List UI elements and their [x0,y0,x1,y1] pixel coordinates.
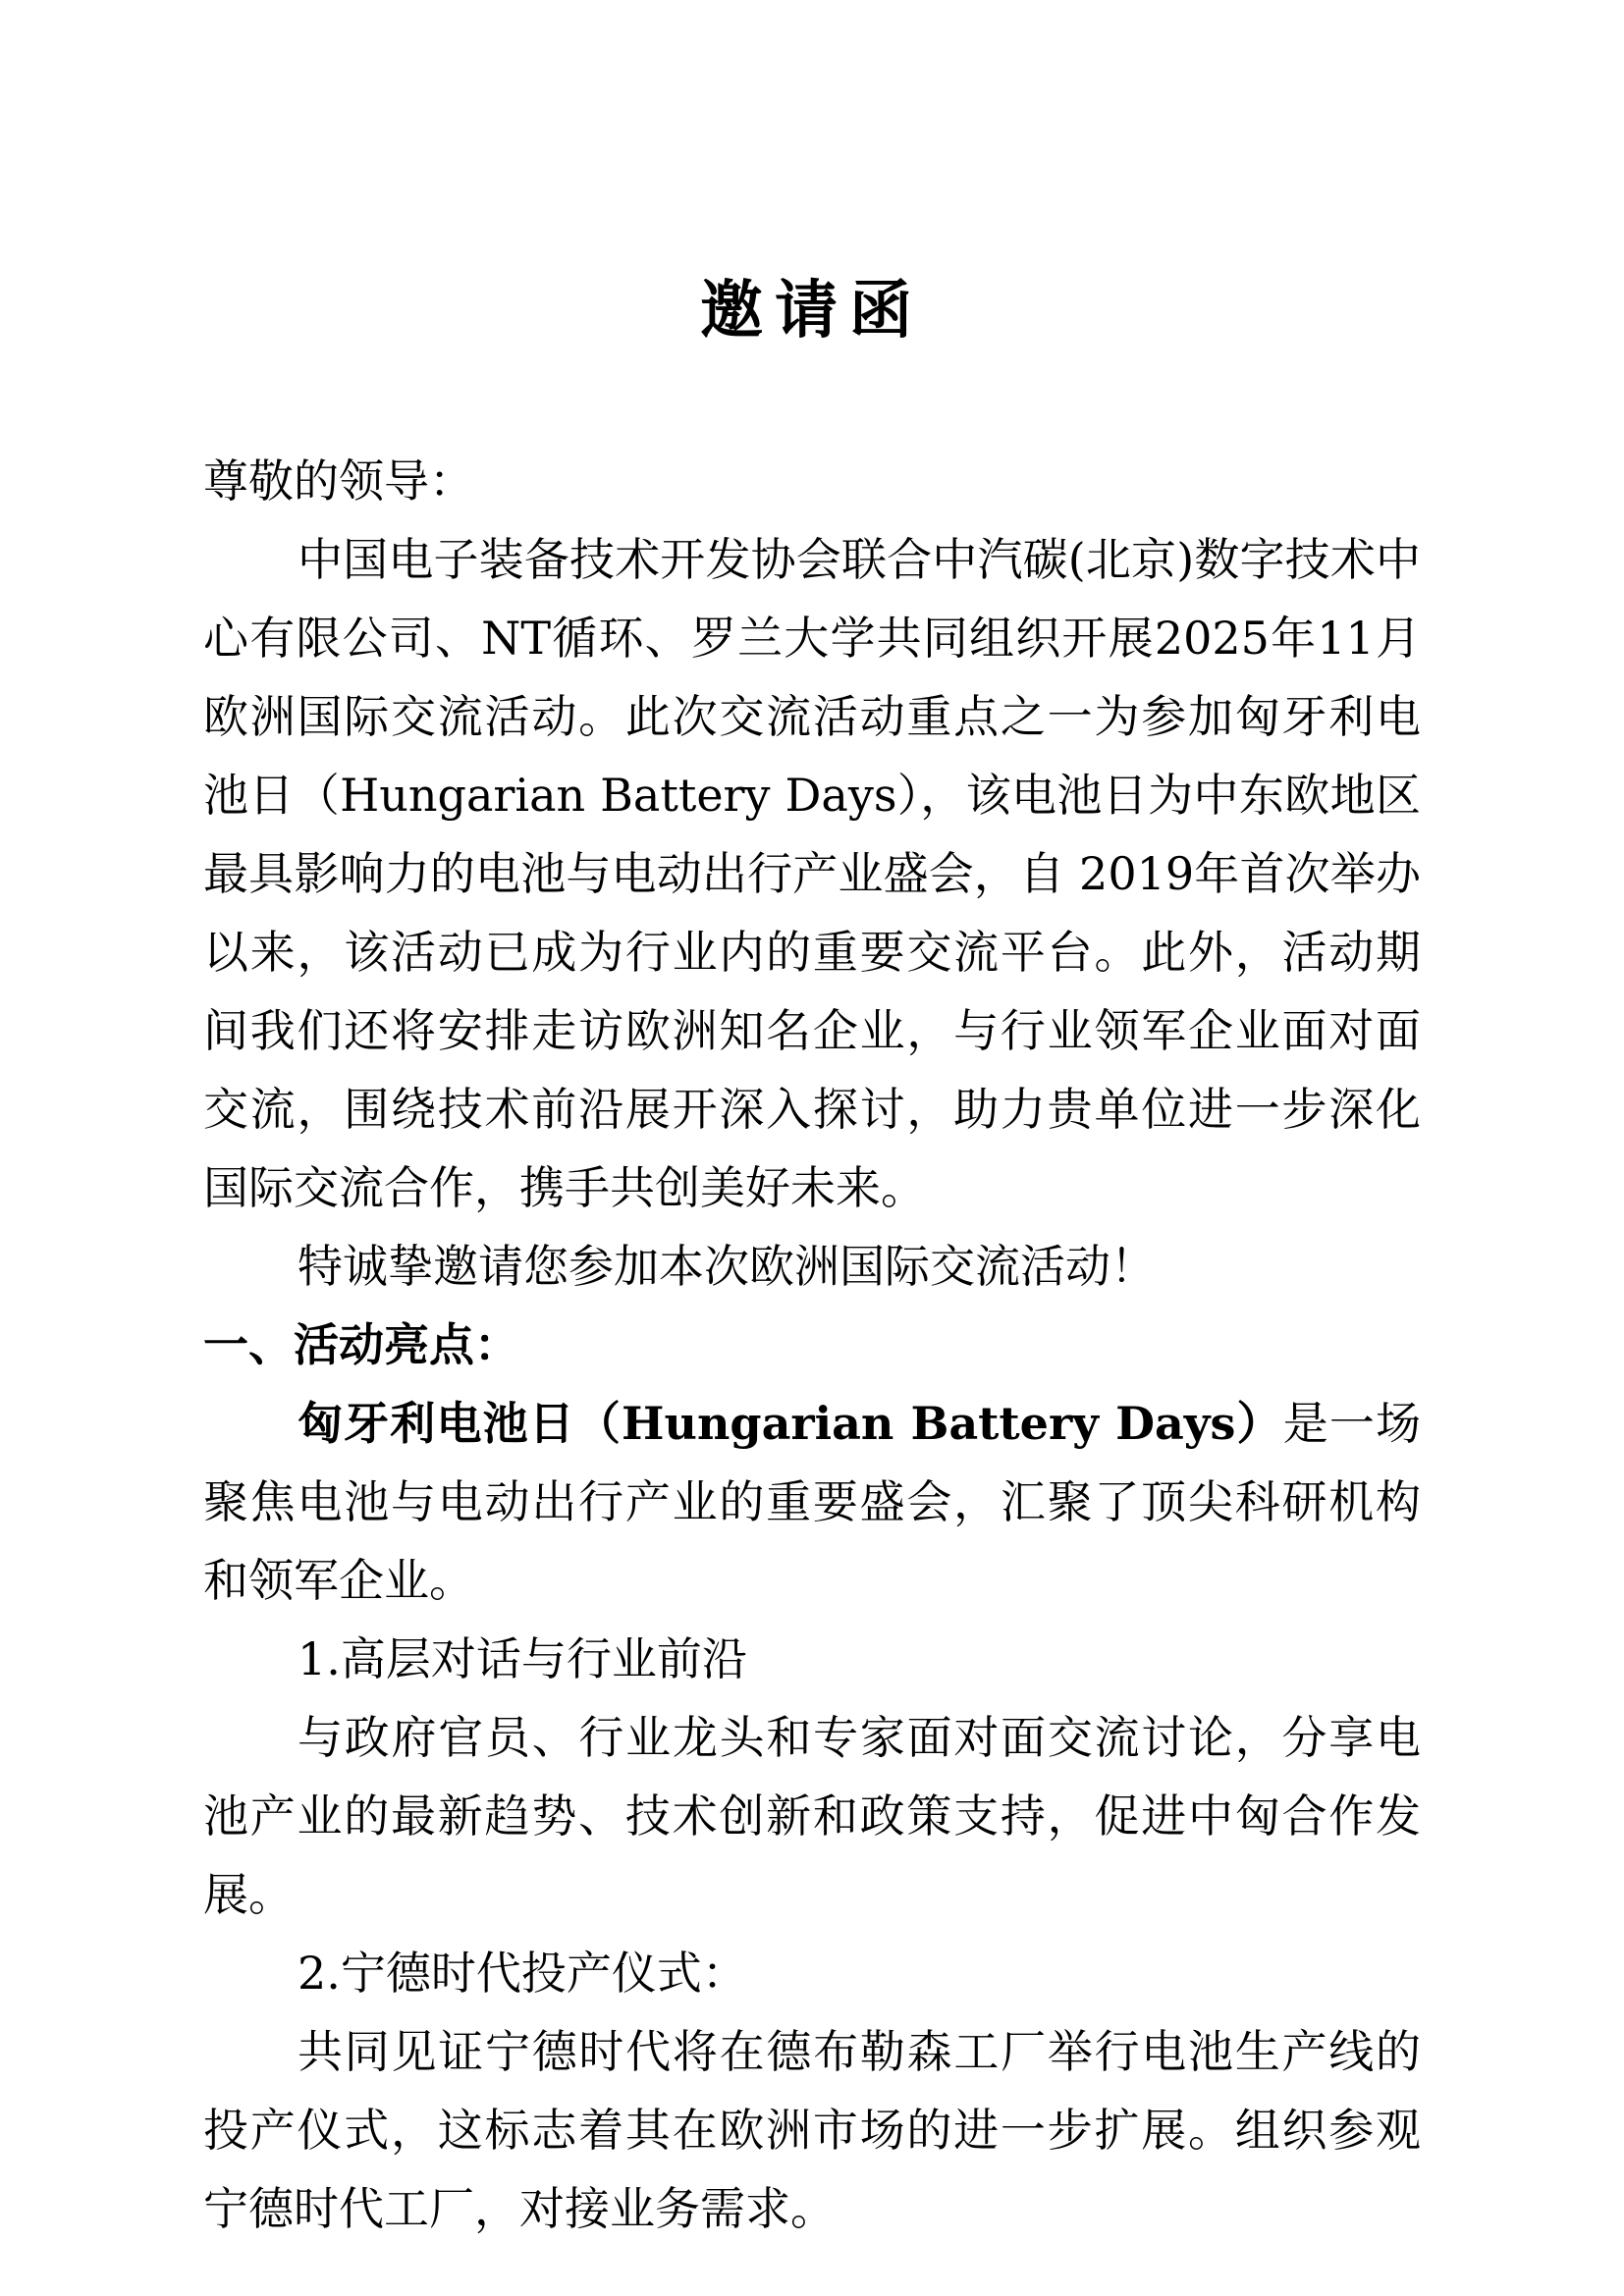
subheading-high-level-dialogue: 1.高层对话与行业前沿 [203,1620,1421,1698]
subheading-catl-ceremony: 2.宁德时代投产仪式： [203,1934,1421,2012]
salutation: 尊敬的领导： [203,442,1421,520]
battery-days-name: 匈牙利电池日（Hungarian Battery Days） [298,1397,1283,1450]
high-level-dialogue-text: 与政府官员、行业龙头和专家面对面交流讨论，分享电池产业的最新趋势、技术创新和政策… [203,1698,1421,1934]
intro-paragraph: 中国电子装备技术开发协会联合中汽碳(北京)数字技术中心有限公司、NT循环、罗兰大… [203,520,1421,1227]
section-heading-highlights: 一、活动亮点： [203,1306,1421,1384]
highlights-lead-paragraph: 匈牙利电池日（Hungarian Battery Days）是一场聚焦电池与电动… [203,1384,1421,1620]
document-body: 尊敬的领导： 中国电子装备技术开发协会联合中汽碳(北京)数字技术中心有限公司、N… [203,442,1421,2248]
document-title: 邀请函 [203,267,1421,355]
invitation-line: 特诚挚邀请您参加本次欧洲国际交流活动！ [203,1227,1421,1306]
catl-ceremony-text: 共同见证宁德时代将在德布勒森工厂举行电池生产线的投产仪式，这标志着其在欧洲市场的… [203,2012,1421,2248]
